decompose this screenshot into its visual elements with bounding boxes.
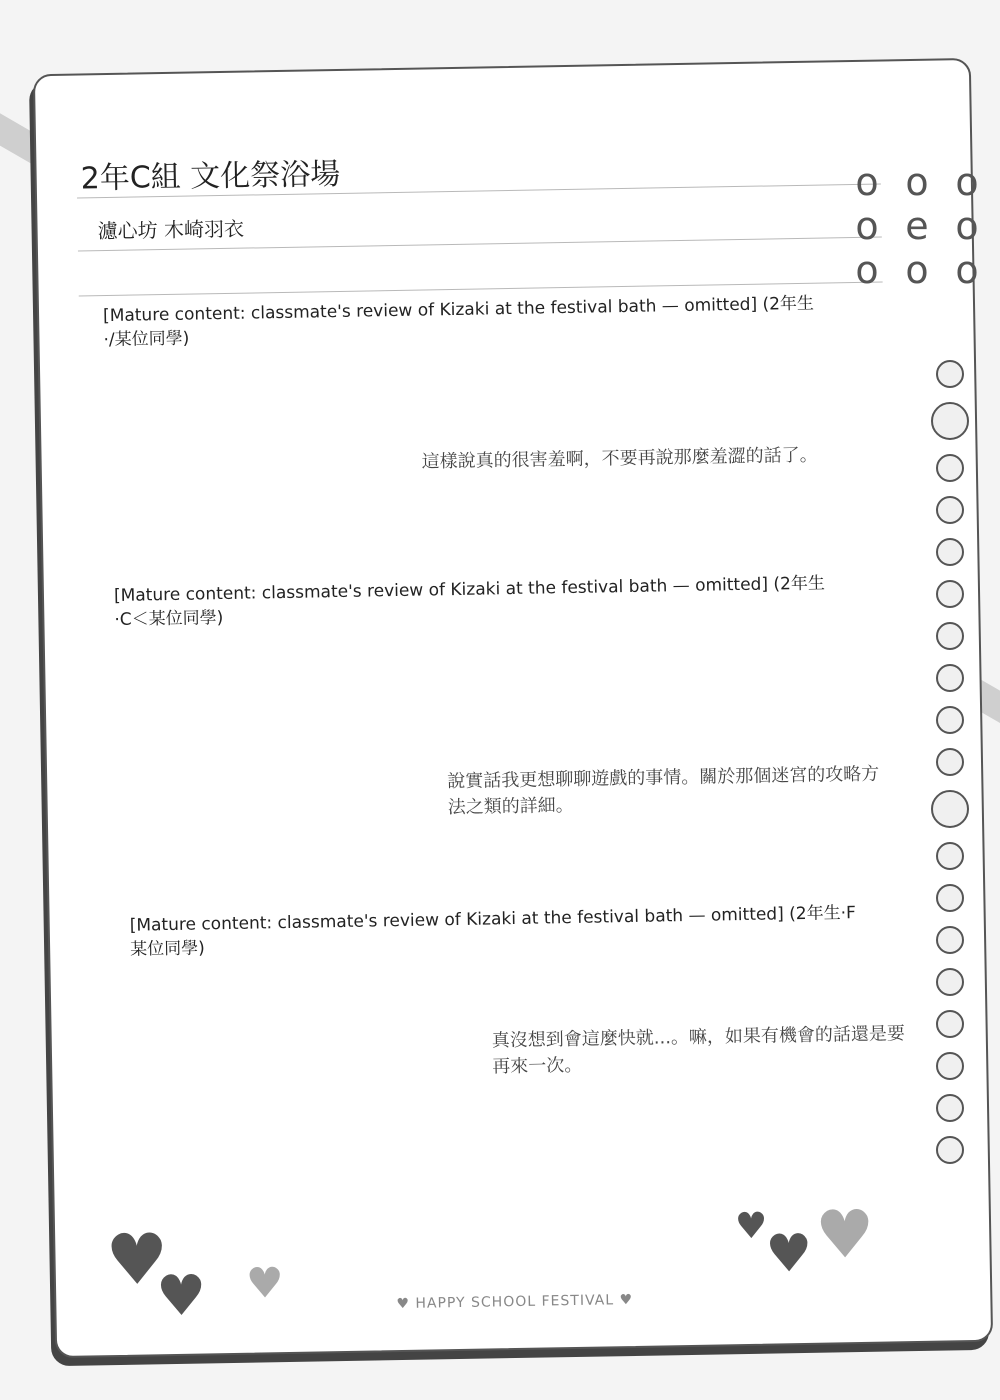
heart-icon: ♥ — [815, 1202, 875, 1269]
page-subtitle: 濾心坊 木崎羽衣 — [97, 213, 244, 245]
ring-icon — [936, 496, 964, 524]
ring-icon — [936, 1052, 964, 1080]
heart-icon: ♥ — [735, 1209, 768, 1246]
entry-reply: 這樣說真的很害羞啊，不要再說那麼羞澀的話了。 — [421, 441, 901, 475]
ring-icon — [936, 538, 964, 566]
page-title: 2年C組 文化祭浴場 — [80, 149, 340, 198]
heart-icon: ♥ — [765, 1228, 813, 1281]
entry-text: [Mature content: classmate's review of K… — [103, 293, 824, 353]
ring-icon — [936, 842, 964, 870]
footer-text: ♥ HAPPY SCHOOL FESTIVAL ♥ — [396, 1292, 633, 1312]
heart-icon: ♥ — [396, 1296, 410, 1312]
ring-icon — [936, 1094, 964, 1122]
ring-icon — [936, 706, 964, 734]
ring-icon — [931, 790, 969, 828]
ring-icon — [936, 968, 964, 996]
ring-icon — [936, 622, 964, 650]
entry-reply: 說實話我更想聊聊遊戲的事情。關於那個迷宮的攻略方法之類的詳細。 — [447, 761, 888, 821]
entry-reply: 真沒想到會這麼快就...。嘛，如果有機會的話還是要再來一次。 — [492, 1021, 913, 1080]
heart-icon: ♥ — [156, 1268, 207, 1325]
heart-icon: ♥ — [246, 1262, 284, 1305]
ring-icon — [936, 926, 964, 954]
heart-icon: ♥ — [619, 1292, 633, 1308]
ring-icon — [936, 454, 964, 482]
binder-rings — [920, 360, 980, 1164]
ring-icon — [931, 402, 969, 440]
decorative-letters: o o o o e o o o o — [842, 160, 992, 292]
ring-icon — [936, 1010, 964, 1038]
entry-text: [Mature content: classmate's review of K… — [114, 572, 835, 632]
ring-icon — [936, 1136, 964, 1164]
ring-icon — [936, 580, 964, 608]
ring-icon — [936, 664, 964, 692]
ring-icon — [936, 360, 964, 388]
ring-icon — [936, 748, 964, 776]
ring-icon — [936, 884, 964, 912]
entry-text: [Mature content: classmate's review of K… — [130, 902, 871, 962]
